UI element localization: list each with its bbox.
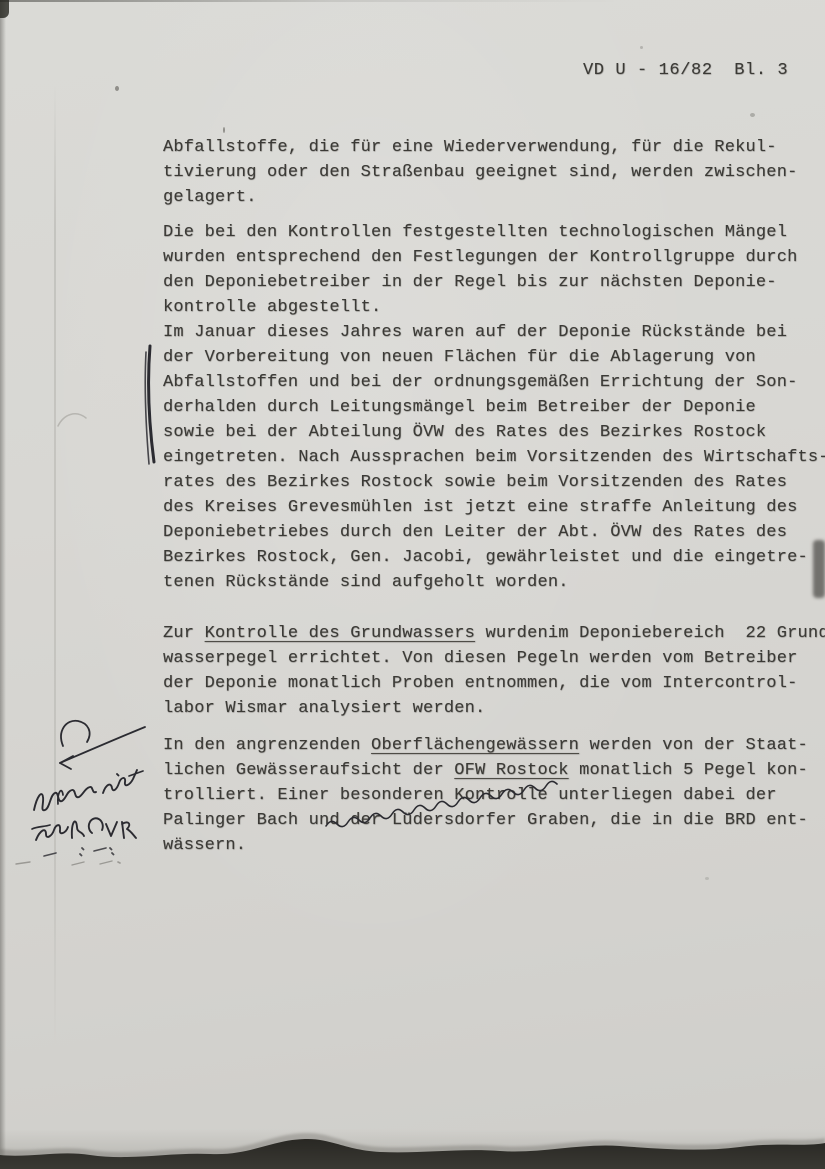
text-line: der Vorbereitung von neuen Flächen für d…	[163, 345, 825, 370]
margin-emphasis-stroke-2	[145, 352, 149, 464]
text-line: der Deponie monatlich Proben entnommen, …	[163, 671, 825, 696]
scan-speck	[750, 113, 755, 117]
text-line: tivierung oder den Straßenbau geeignet s…	[163, 160, 825, 185]
text-line: wasserpegel errichtet. Von diesen Pegeln…	[163, 646, 825, 671]
handwritten-letter-o	[89, 818, 103, 833]
text-line: Abfallstoffe, die für eine Wiederverwend…	[163, 135, 825, 160]
para-zwischenlagerung: Abfallstoffe, die für eine Wiederverwend…	[163, 135, 825, 210]
scan-corner-mark	[0, 0, 9, 18]
text-line: Palinger Bach und der Lüdersdorfer Grabe…	[163, 808, 825, 833]
paper-fold-line	[54, 85, 56, 1045]
handwritten-i-dot	[117, 774, 119, 776]
text-line: gelagert.	[163, 185, 825, 210]
text-line: des Kreises Grevesmühlen ist jetzt eine …	[163, 495, 825, 520]
margin-arrow-head	[60, 756, 73, 769]
text-line: Abfallstoffen und bei der ordnungsgemäße…	[163, 370, 825, 395]
handwritten-t-cross	[129, 771, 143, 776]
scan-left-edge-shadow	[0, 0, 6, 1169]
handwritten-letter-r	[122, 822, 136, 838]
page-header: VD U - 16/82 Bl. 3	[583, 58, 788, 83]
handwritten-overbar	[32, 825, 50, 829]
text-line: tenen Rückstände sind aufgeholt worden.	[163, 570, 825, 595]
para-oberflaechengewaesser: In den angrenzenden Oberflächengewässern…	[163, 733, 825, 858]
text-line: wässern.	[163, 833, 825, 858]
margin-emphasis-stroke	[149, 346, 154, 462]
text-line: Deponiebetriebes durch den Leiter der Ab…	[163, 520, 825, 545]
scan-speck	[640, 46, 643, 49]
text-line: kontrolle abgestellt.	[163, 295, 825, 320]
scan-speck	[115, 86, 119, 91]
handwritten-letter-v	[106, 822, 117, 836]
para-maengel: Die bei den Kontrollen festgestellten te…	[163, 220, 825, 320]
para-januar-rueckstaende: Im Januar dieses Jahres waren auf der De…	[163, 320, 825, 595]
text-line: In den angrenzenden Oberflächengewässern…	[163, 733, 825, 758]
scan-speck	[705, 877, 709, 880]
text-line: labor Wismar analysiert werden.	[163, 696, 825, 721]
text-line: lichen Gewässeraufsicht der OFW Rostock …	[163, 758, 825, 783]
handwritten-word-auch	[36, 825, 68, 840]
text-line: den Deponiebetreiber in der Regel bis zu…	[163, 270, 825, 295]
faint-tick-row	[16, 861, 120, 865]
document-body: Abfallstoffe, die für eine Wiederverwend…	[163, 135, 825, 1095]
text-line: trolliert. Einer besonderen Kontrolle un…	[163, 783, 825, 808]
handwritten-word-weshalb	[34, 787, 96, 810]
handwritten-ascender	[58, 791, 63, 804]
text-line: Im Januar dieses Jahres waren auf der De…	[163, 320, 825, 345]
scan-speck	[223, 127, 225, 133]
text-line: -Zur Kontrolle des Grundwassers wurdenim…	[163, 621, 825, 646]
handwritten-h-loop	[72, 821, 84, 838]
text-line: eingetreten. Nach Aussprachen beim Vorsi…	[163, 445, 825, 470]
text-line: derhalden durch Leitungsmängel beim Betr…	[163, 395, 825, 420]
scan-speck	[408, 223, 411, 226]
scan-top-edge-shadow	[0, 0, 825, 2]
text-line: wurden entsprechend den Festlegungen der…	[163, 245, 825, 270]
margin-hook-mark	[61, 721, 90, 746]
bottom-scan-shade	[0, 1129, 825, 1169]
text-line: Die bei den Kontrollen festgestellten te…	[163, 220, 825, 245]
scanned-document-page: VD U - 16/82 Bl. 3 Abfallstoffe, die für…	[0, 0, 825, 1169]
para-grundwasser: -Zur Kontrolle des Grundwassers wurdenim…	[163, 621, 825, 721]
handwritten-word-nicht	[103, 770, 137, 793]
text-line: sowie bei der Abteilung ÖVW des Rates de…	[163, 420, 825, 445]
margin-arrow	[60, 727, 145, 763]
text-line: Bezirkes Rostock, Gen. Jacobi, gewährlei…	[163, 545, 825, 570]
text-line: rates des Bezirkes Rostock sowie beim Vo…	[163, 470, 825, 495]
pencil-arc-mark	[58, 414, 86, 426]
